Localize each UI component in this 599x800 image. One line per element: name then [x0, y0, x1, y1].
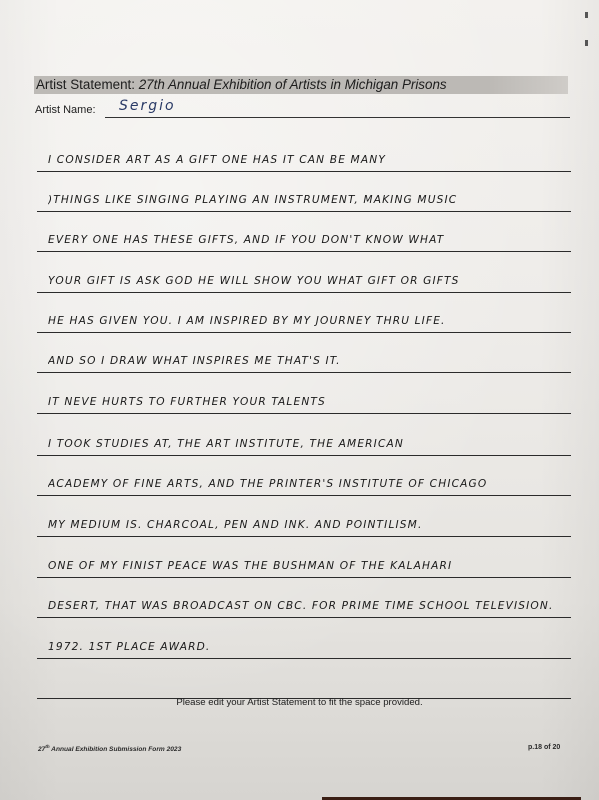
ruled-line — [37, 577, 571, 578]
statement-line-text: He has given you. I am inspired by my jo… — [48, 315, 568, 327]
ruled-line — [37, 536, 571, 537]
artist-name-underline — [105, 117, 570, 118]
ruled-line — [37, 413, 571, 414]
instructions-note: Please edit your Artist Statement to fit… — [0, 697, 599, 708]
ruled-line — [37, 495, 571, 496]
statement-line-text: I consider art as a gift one has it can … — [48, 154, 568, 166]
form-title: Artist Statement: 27th Annual Exhibition… — [34, 76, 568, 94]
ruled-line — [37, 372, 571, 373]
statement-line-text: Academy of Fine Arts, and the Printer's … — [48, 478, 568, 490]
ruled-line — [37, 292, 571, 293]
statement-line-text: one of my finist peace was the Bushman o… — [48, 560, 568, 572]
statement-line-text: desert, that was broadcast on CBC. for p… — [48, 600, 568, 612]
statement-line-text: )things like singing playing an instrume… — [48, 194, 568, 206]
ruled-line — [37, 251, 571, 252]
artist-name-row: Artist Name: Sergio — [35, 100, 570, 120]
statement-line-text: every one has these gifts, and if you do… — [48, 234, 568, 246]
statement-line-text: 1972. 1st place award. — [48, 641, 568, 653]
statement-line-text: it neve hurts to further your talents — [48, 396, 568, 408]
ruled-line — [37, 332, 571, 333]
page-number: p.18 of 20 — [528, 744, 560, 751]
paper-mark — [585, 12, 588, 18]
ruled-line — [37, 658, 571, 659]
artist-name-value: Sergio — [119, 98, 176, 114]
statement-line-text: and so I draw what inspires me that's it… — [48, 355, 568, 367]
title-prefix: Artist Statement: — [36, 77, 139, 92]
ruled-line — [37, 455, 571, 456]
artist-name-label: Artist Name: — [35, 104, 96, 116]
statement-line-text: your gift is ask God he will show you wh… — [48, 275, 568, 287]
paper-mark — [585, 40, 588, 46]
ruled-line — [37, 211, 571, 212]
ruled-line — [37, 617, 571, 618]
statement-line-text: my medium is. charcoal, pen and ink. and… — [48, 519, 568, 531]
footer-form-title: 27th Annual Exhibition Submission Form 2… — [38, 744, 181, 753]
footer-form-rest: Annual Exhibition Submission Form 2023 — [50, 746, 182, 753]
title-italic: 27th Annual Exhibition of Artists in Mic… — [139, 77, 447, 92]
statement-line-text: I took studies at, the Art Institute, th… — [48, 438, 568, 450]
ruled-line — [37, 171, 571, 172]
